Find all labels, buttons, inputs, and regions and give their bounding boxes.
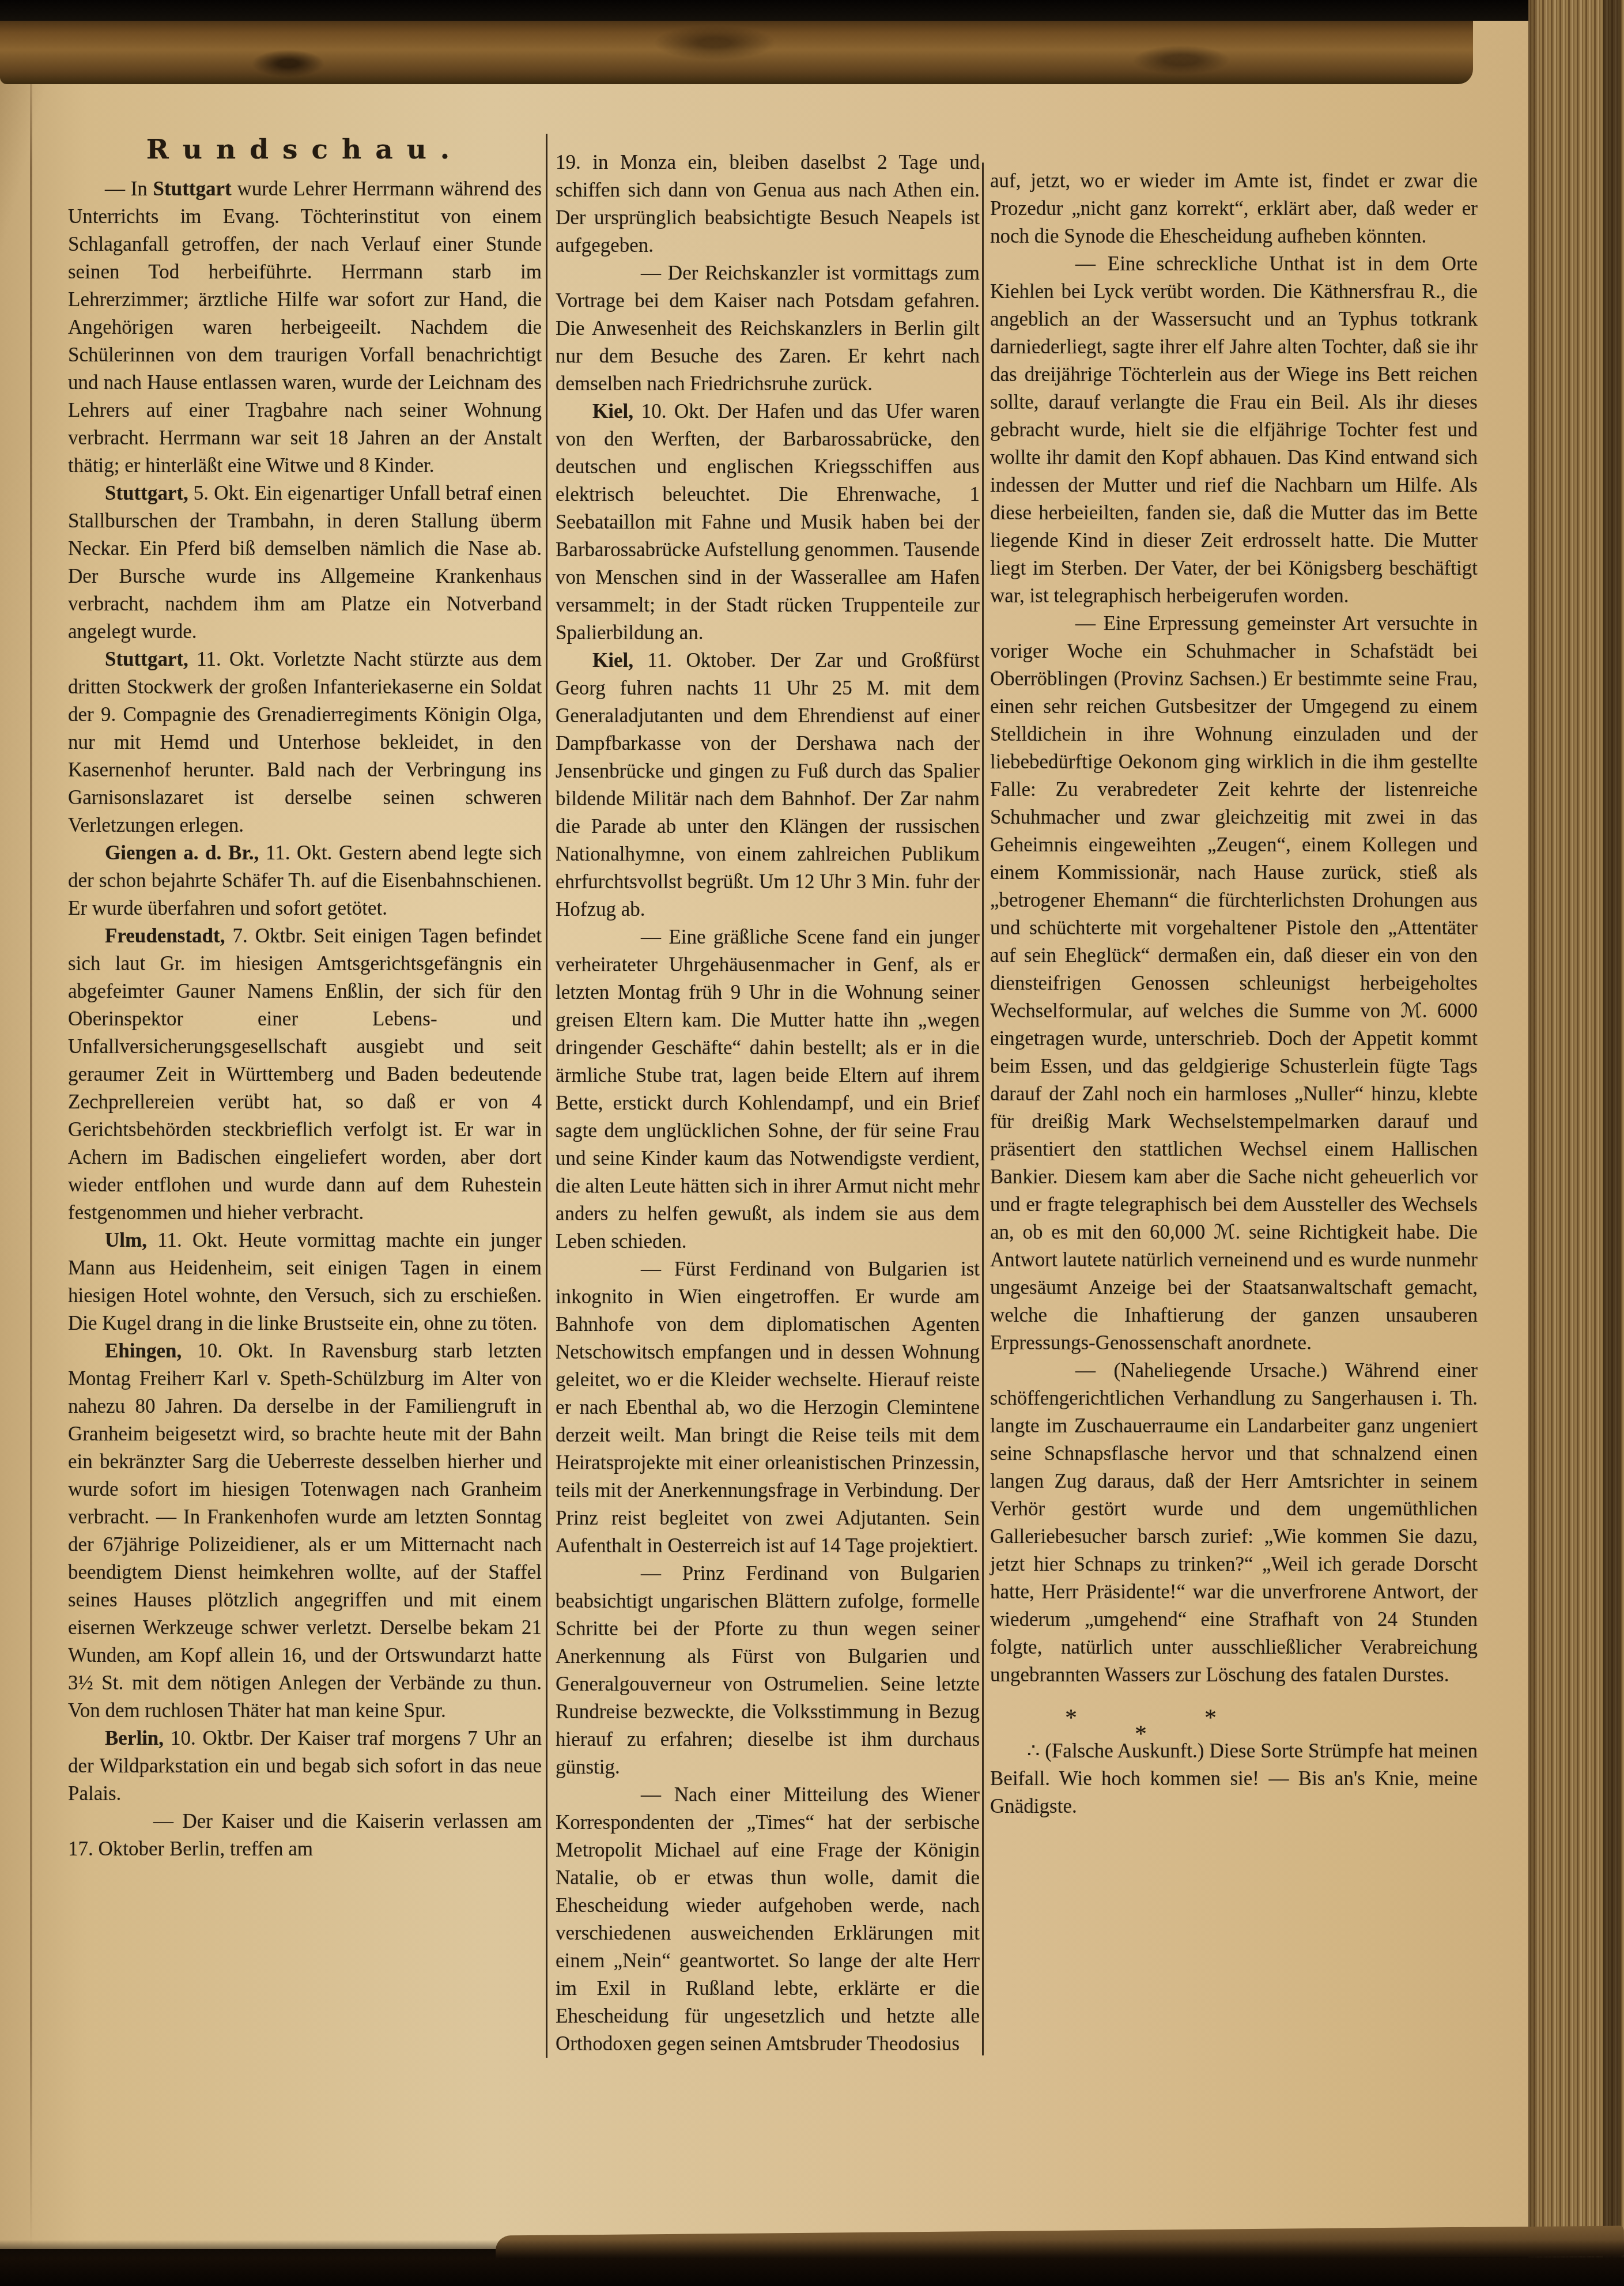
column-3: auf, jetzt, wo er wieder im Amte ist, fi…	[990, 136, 1478, 1820]
column-1: Rundschau. — In Stuttgart wurde Lehrer H…	[68, 136, 542, 1863]
news-item: — Prinz Ferdinand von Bulgarien beabsich…	[556, 1560, 980, 1781]
news-item: Kiel, 10. Okt. Der Hafen und das Ufer wa…	[556, 398, 980, 647]
news-item: — Eine Erpressung gemeinster Art versuch…	[990, 610, 1478, 1357]
news-item: Ehingen, 10. Okt. In Ravensburg starb le…	[68, 1337, 542, 1725]
news-item: — Der Reichskanzler ist vormittags zum V…	[556, 259, 980, 398]
news-item: — (Naheliegende Ursache.) Während einer …	[990, 1357, 1478, 1689]
news-item: — Nach einer Mitteilung des Wiener Korre…	[556, 1781, 980, 2058]
column-rule	[546, 134, 547, 2058]
book-fore-edge	[1528, 0, 1624, 2286]
news-item: Berlin, 10. Oktbr. Der Kaiser traf morge…	[68, 1725, 542, 1808]
news-item: Freudenstadt, 7. Oktbr. Seit einigen Tag…	[68, 922, 542, 1227]
column-rule	[982, 163, 984, 2055]
news-item: 19. in Monza ein, bleiben daselbst 2 Tag…	[556, 149, 980, 259]
news-item: — Fürst Ferdinand von Bulgarien ist inko…	[556, 1255, 980, 1560]
gutter-crease	[30, 35, 32, 2248]
news-item: auf, jetzt, wo er wieder im Amte ist, fi…	[990, 167, 1478, 250]
news-item: Ulm, 11. Okt. Heute vormittag machte ein…	[68, 1227, 542, 1337]
bottom-shadow	[0, 2240, 1624, 2286]
news-item: — Eine gräßliche Scene fand ein junger v…	[556, 923, 980, 1255]
section-heading: Rundschau.	[68, 136, 542, 164]
book-cover-edge	[0, 0, 1624, 21]
asterism-separator: * * *	[1065, 1706, 1478, 1730]
news-item: Giengen a. d. Br., 11. Okt. Gestern aben…	[68, 839, 542, 922]
news-item: ∴ (Falsche Auskunft.) Diese Sorte Strümp…	[990, 1737, 1478, 1820]
newspaper-scan: Rundschau. — In Stuttgart wurde Lehrer H…	[0, 0, 1624, 2286]
asterisk-glyph: *	[1065, 1706, 1077, 1730]
fore-edge-shadow	[1603, 0, 1621, 2286]
column-2: 19. in Monza ein, bleiben daselbst 2 Tag…	[556, 136, 980, 2058]
asterisk-glyph: *	[1135, 1722, 1147, 1746]
news-item: Stuttgart, 5. Okt. Ein eigenartiger Unfa…	[68, 480, 542, 646]
asterisk-glyph: *	[1204, 1706, 1217, 1730]
news-item: Kiel, 11. Oktober. Der Zar und Großfürst…	[556, 647, 980, 923]
news-item: — Eine schreckliche Unthat ist in dem Or…	[990, 250, 1478, 610]
news-item: Stuttgart, 11. Okt. Vorletzte Nacht stür…	[68, 646, 542, 839]
news-item: — In Stuttgart wurde Lehrer Herrmann wäh…	[68, 175, 542, 480]
news-item: — Der Kaiser und die Kaiserin verlassen …	[68, 1808, 542, 1863]
